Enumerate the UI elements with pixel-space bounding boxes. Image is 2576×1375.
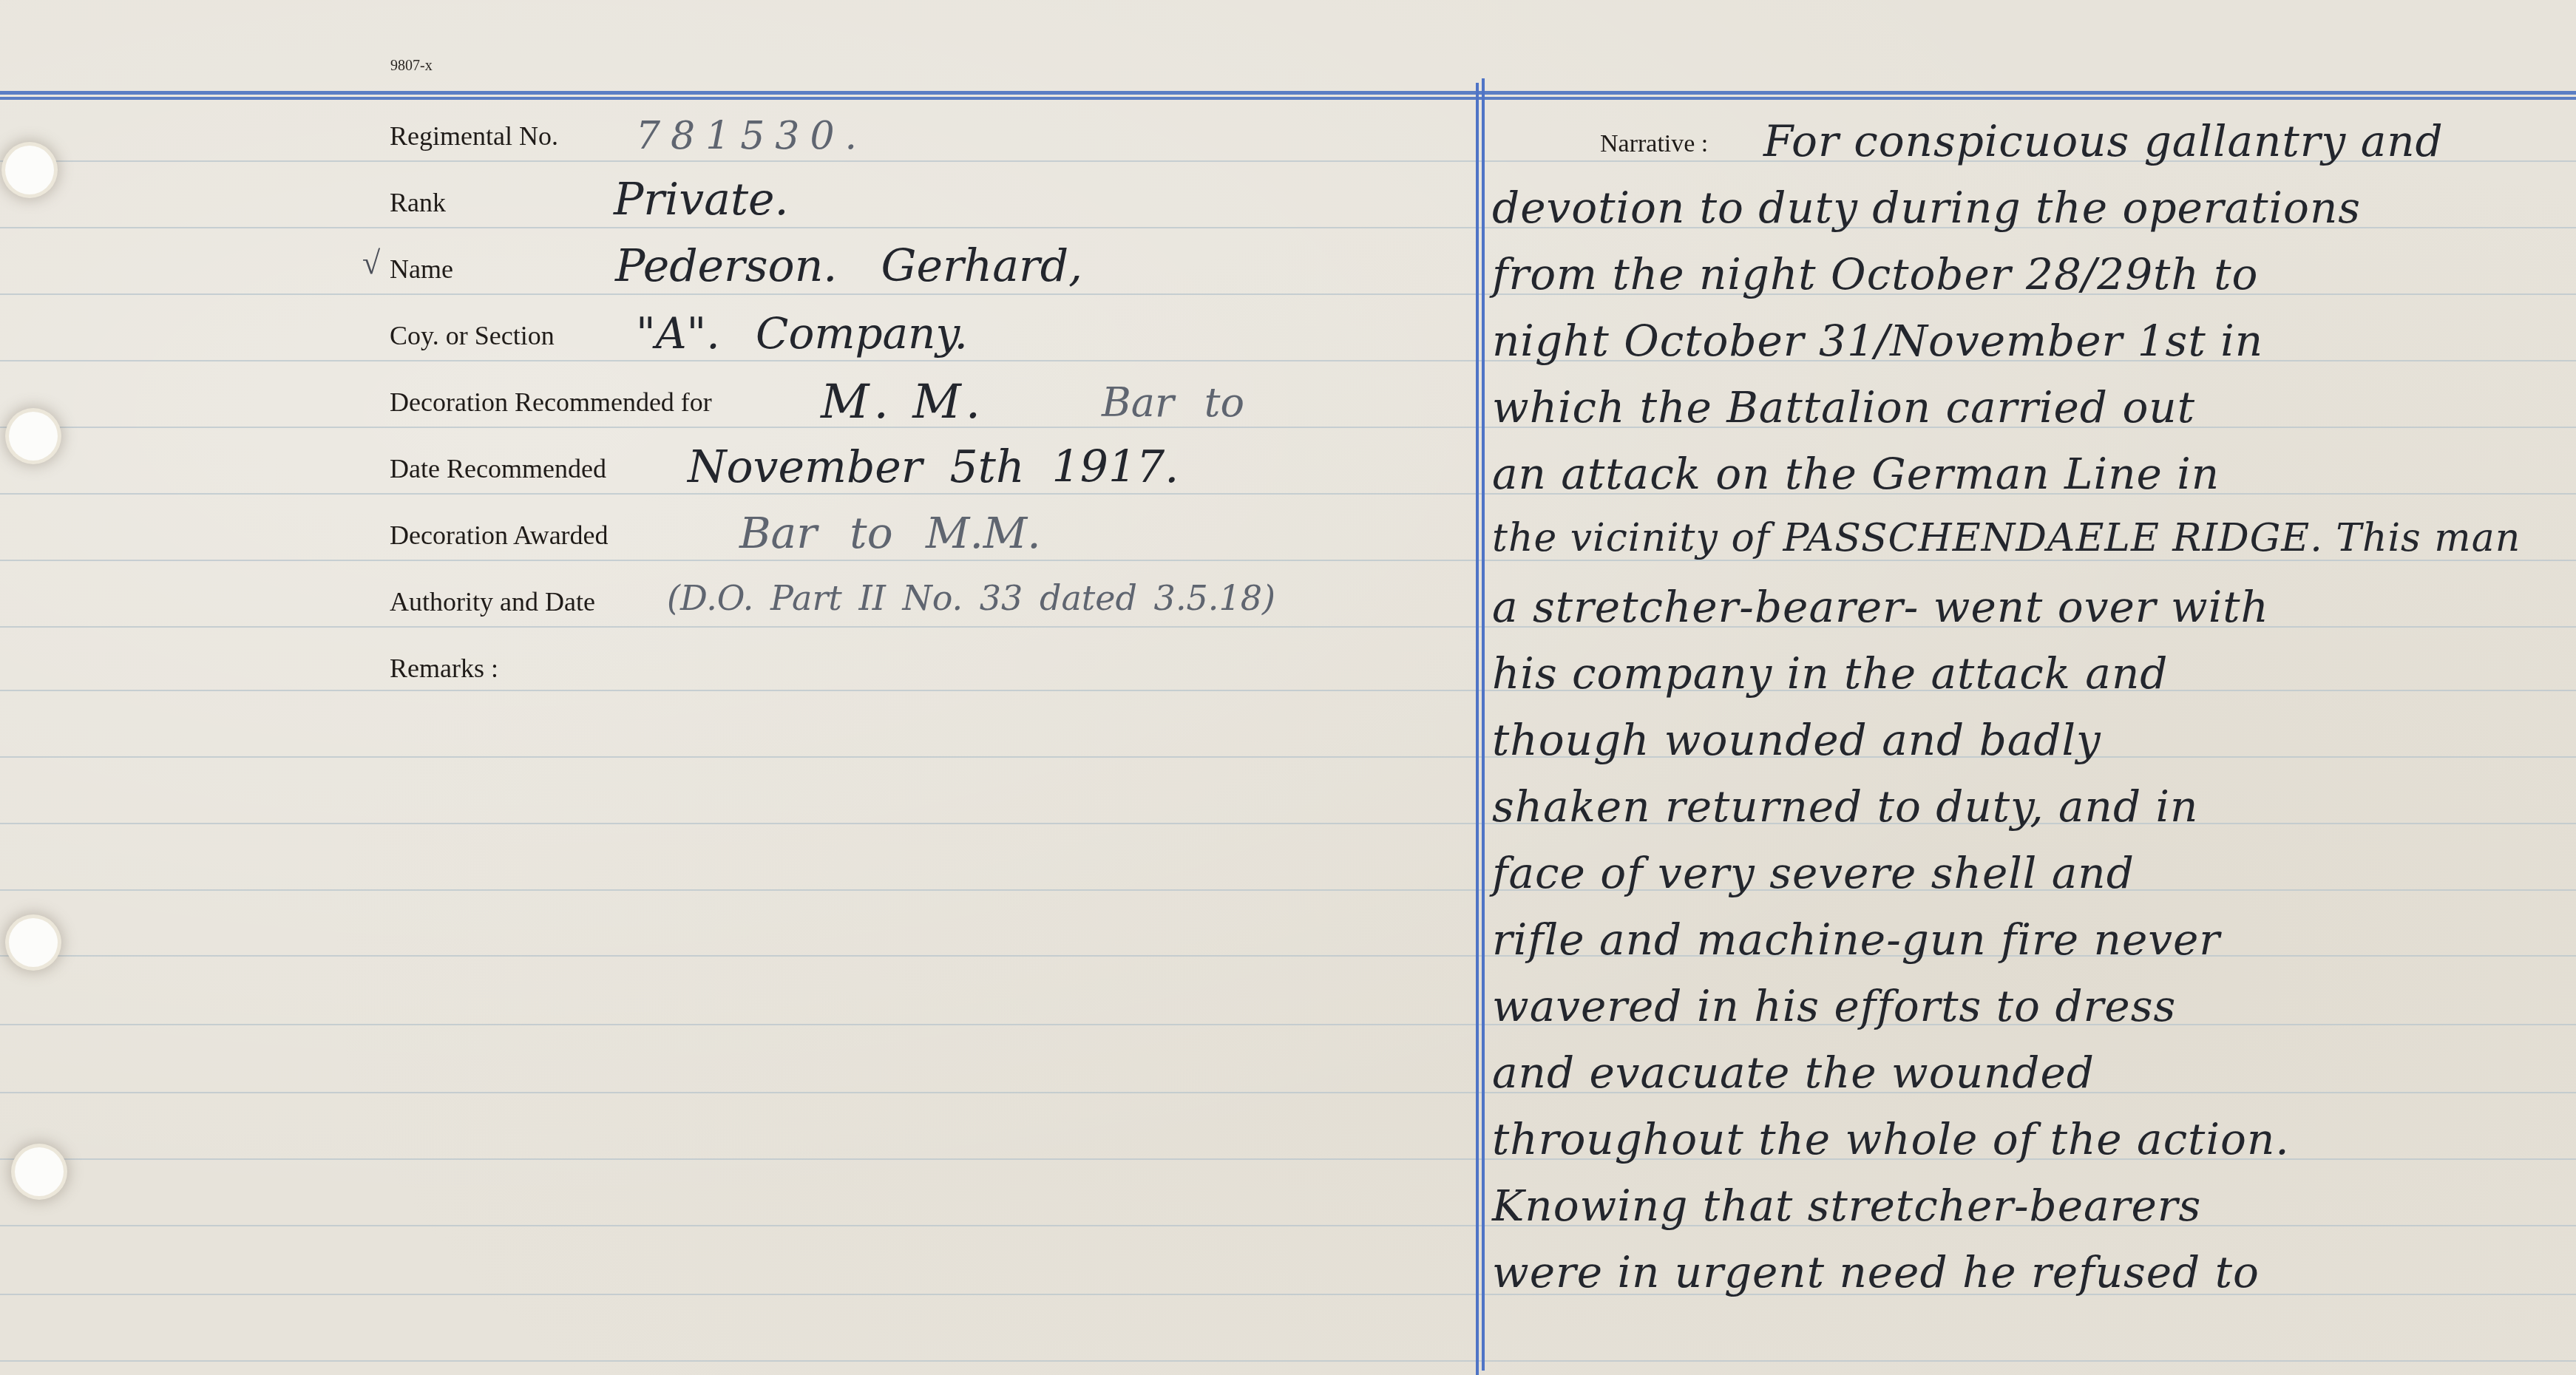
value-rank: Private. xyxy=(614,177,789,222)
narrative-line: a stretcher-bearer- went over with xyxy=(1492,585,2269,628)
value-authority-date: (D.O. Part II No. 33 dated 3.5.18) xyxy=(667,581,1275,615)
top-double-rule xyxy=(0,91,2576,95)
punch-hole-icon xyxy=(5,146,54,194)
narrative-line: an attack on the German Line in xyxy=(1492,452,2220,495)
narrative-line: night October 31/November 1st in xyxy=(1492,319,2263,362)
ruled-line xyxy=(0,889,2576,891)
punch-hole-icon xyxy=(15,1147,64,1196)
value-decoration-recommended: M. M. xyxy=(821,378,985,426)
value-coy-section: "A". Company. xyxy=(636,312,968,355)
narrative-line: rifle and machine-gun fire never xyxy=(1492,918,2220,961)
value-decoration-recommended-extra: Bar to xyxy=(1102,383,1244,423)
ruled-line xyxy=(0,1360,2576,1362)
column-divider xyxy=(1476,83,1479,1375)
value-date-recommended: November 5th 1917. xyxy=(688,445,1179,489)
value-decoration-awarded: Bar to M.M. xyxy=(739,512,1041,554)
narrative-line: face of very severe shell and xyxy=(1492,852,2135,894)
label-authority-date: Authority and Date xyxy=(390,588,595,615)
narrative-line: Knowing that stretcher-bearers xyxy=(1492,1184,2201,1227)
narrative-line: shaken returned to duty, and in xyxy=(1492,785,2198,828)
narrative-line: wavered in his efforts to dress xyxy=(1492,985,2176,1028)
narrative-line: the vicinity of PASSCHENDAELE RIDGE. Thi… xyxy=(1492,519,2521,557)
narrative-line: his company in the attack and xyxy=(1492,652,2168,695)
narrative-line: throughout the whole of the action. xyxy=(1492,1118,2290,1161)
narrative-line: For conspicuous gallantry and xyxy=(1763,120,2444,163)
label-coy-section: Coy. or Section xyxy=(390,322,555,349)
check-mark-icon: √ xyxy=(362,244,380,282)
label-name: Name xyxy=(390,256,453,282)
form-code: 9807-x xyxy=(390,58,433,75)
label-remarks: Remarks : xyxy=(390,655,498,682)
label-decoration-recommended: Decoration Recommended for xyxy=(390,389,712,415)
ruled-line xyxy=(0,690,2576,691)
record-card: 9807-x √ Regimental No. Rank Name Coy. o… xyxy=(0,0,2576,1375)
ruled-line xyxy=(0,1092,2576,1093)
punch-hole-icon xyxy=(9,412,58,461)
ruled-line xyxy=(0,1024,2576,1025)
label-narrative: Narrative : xyxy=(1600,132,1708,157)
column-divider xyxy=(1482,78,1485,1371)
narrative-line: devotion to duty during the operations xyxy=(1492,186,2361,229)
narrative-line: which the Battalion carried out xyxy=(1492,386,2195,429)
label-decoration-awarded: Decoration Awarded xyxy=(390,522,609,549)
ruled-line xyxy=(0,756,2576,758)
narrative-line: were in urgent need he refused to xyxy=(1492,1251,2260,1294)
punch-hole-icon xyxy=(9,918,58,967)
narrative-line: and evacuate the wounded xyxy=(1492,1051,2095,1094)
narrative-line: from the night October 28/29th to xyxy=(1492,253,2258,296)
label-rank: Rank xyxy=(390,189,446,216)
narrative-line: though wounded and badly xyxy=(1492,719,2101,761)
top-double-rule xyxy=(0,97,2576,100)
label-regimental-no: Regimental No. xyxy=(390,123,558,149)
label-date-recommended: Date Recommended xyxy=(390,455,606,482)
value-name: Pederson. Gerhard, xyxy=(615,244,1082,288)
value-regimental-no: 781530. xyxy=(636,117,867,155)
